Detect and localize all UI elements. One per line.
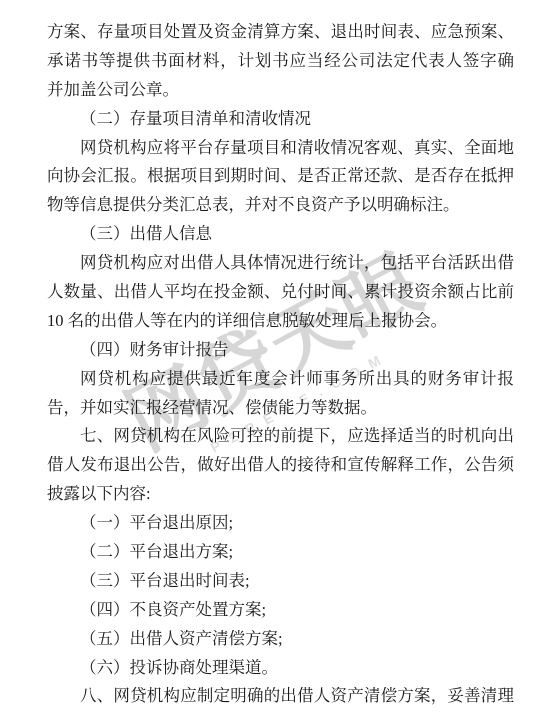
document-page: 网贷天眼 P2PEYE.COM 方案、存量项目处置及资金清算方案、退出时间表、应…	[0, 0, 560, 721]
paragraph-line: （四）不良资产处置方案;	[47, 596, 514, 625]
paragraph-line: 方案、存量项目处置及资金清算方案、退出时间表、应急预案、	[47, 18, 514, 47]
paragraph-line: 网贷机构应对出借人具体情况进行统计，包括平台活跃出借	[47, 249, 514, 278]
paragraph-line: （二）存量项目清单和清收情况	[47, 105, 514, 134]
paragraph-line: （三）平台退出时间表;	[47, 567, 514, 596]
paragraph-line: 承诺书等提供书面材料，计划书应当经公司法定代表人签字确认，	[47, 47, 514, 76]
document-body: 方案、存量项目处置及资金清算方案、退出时间表、应急预案、承诺书等提供书面材料，计…	[47, 18, 514, 711]
paragraph-line: （二）平台退出方案;	[47, 538, 514, 567]
paragraph-line: 七、网贷机构在风险可控的前提下，应选择适当的时机向出	[47, 422, 514, 451]
paragraph-line: 人数量、出借人平均在投金额、兑付时间、累计投资余额占比前	[47, 278, 514, 307]
paragraph-line: 告，并如实汇报经营情况、偿债能力等数据。	[47, 394, 514, 423]
paragraph-line: 物等信息提供分类汇总表，并对不良资产予以明确标注。	[47, 191, 514, 220]
paragraph-line: 并加盖公司公章。	[47, 76, 514, 105]
paragraph-line: 网贷机构应将平台存量项目和清收情况客观、真实、全面地	[47, 134, 514, 163]
paragraph-line: 披露以下内容:	[47, 480, 514, 509]
paragraph-line: 八、网贷机构应制定明确的出借人资产清偿方案，妥善清理	[47, 682, 514, 711]
paragraph-line: （一）平台退出原因;	[47, 509, 514, 538]
paragraph-line: 10 名的出借人等在内的详细信息脱敏处理后上报协会。	[47, 307, 514, 336]
paragraph-line: 向协会汇报。根据项目到期时间、是否正常还款、是否存在抵押	[47, 162, 514, 191]
paragraph-line: 网贷机构应提供最近年度会计师事务所出具的财务审计报	[47, 365, 514, 394]
paragraph-line: （四）财务审计报告	[47, 336, 514, 365]
paragraph-line: （五）出借人资产清偿方案;	[47, 625, 514, 654]
paragraph-line: （三）出借人信息	[47, 220, 514, 249]
paragraph-line: （六）投诉协商处理渠道。	[47, 654, 514, 683]
paragraph-line: 借人发布退出公告，做好出借人的接待和宣传解释工作，公告须	[47, 451, 514, 480]
